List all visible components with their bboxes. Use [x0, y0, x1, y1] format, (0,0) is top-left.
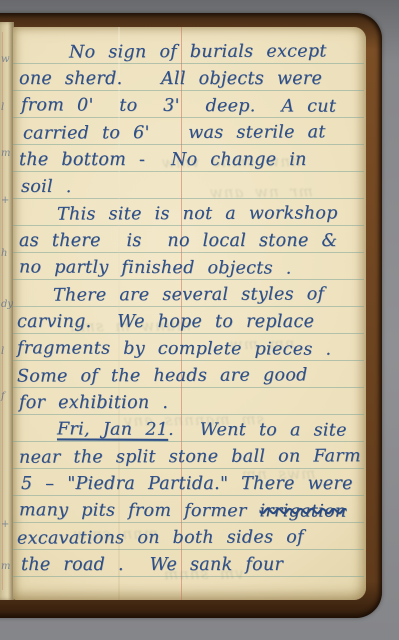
handwritten-text: soil . [21, 177, 72, 197]
handwritten-text: near the split stone ball on Farm [19, 446, 361, 467]
page-edge-mark: + [1, 196, 9, 206]
handwritten-text: as there is no local stone & [19, 231, 337, 251]
handwritten-line: soil . [21, 174, 72, 201]
page-edge-mark: m [1, 149, 10, 159]
handwritten-text: carving. We hope to replace [17, 312, 314, 332]
handwritten-line: There are several styles of [53, 281, 324, 309]
handwritten-line: fragments by complete pieces . [17, 335, 332, 363]
scan-background: wlm+hdylf+m nnw smne vmwmr nw anwmunw m … [0, 0, 399, 640]
strip-margin-line [2, 32, 3, 590]
handwritten-text: There are several styles of [53, 284, 324, 305]
handwritten-text: one sherd. All objects were [19, 69, 322, 89]
struck-out-text: irrigation [259, 501, 346, 521]
handwritten-text: . Went to a site [168, 420, 347, 441]
handwritten-text: carried to 6' was sterile at [23, 122, 326, 143]
ink-bleedthrough: mr nw anw [209, 182, 313, 201]
page-edge-mark: dy [1, 300, 13, 310]
page-edge-strip: wlm+hdylf+m [0, 22, 14, 600]
handwritten-line: as there is no local stone & [19, 228, 337, 255]
handwritten-text: no partly finished objects . [19, 257, 292, 278]
handwritten-line: from 0' to 3' deep. A cut [21, 92, 336, 120]
handwritten-text: excavations on both sides of [17, 527, 304, 548]
handwritten-line: Some of the heads are good [17, 362, 308, 390]
handwritten-line: This site is not a workshop [57, 200, 338, 228]
handwritten-line: No sign of burials except [69, 38, 327, 66]
handwritten-text: 5 – "Piedra Partida." There were [21, 474, 353, 494]
handwritten-line: carving. We hope to replace [17, 309, 314, 336]
handwritten-text: This site is not a workshop [57, 203, 338, 224]
page-edge-mark: m [1, 562, 10, 572]
handwritten-text: the bottom - No change in [19, 150, 307, 170]
notebook-page: nnw smne vmwmr nw anwmunw m smnnm mwsm m… [13, 27, 366, 600]
handwritten-line: the road . We sank four [21, 552, 283, 579]
handwritten-line: the bottom - No change in [19, 147, 307, 174]
handwritten-text: from 0' to 3' deep. A cut [21, 95, 336, 116]
page-edge-mark: w [1, 55, 10, 65]
handwritten-line: one sherd. All objects were [19, 66, 322, 93]
page-edge-mark: f [1, 392, 5, 402]
handwritten-text: No sign of burials except [69, 41, 327, 62]
page-edge-mark: + [1, 520, 9, 530]
underlined-text: Fri, Jan 21 [57, 419, 168, 439]
handwritten-text: fragments by complete pieces . [17, 338, 331, 359]
handwritten-line: excavations on both sides of [17, 524, 304, 552]
handwritten-line: Fri, Jan 21. Went to a site [57, 416, 347, 444]
handwritten-line: near the split stone ball on Farm [19, 443, 361, 471]
handwritten-text: many pits from former [19, 500, 260, 521]
handwritten-line: no partly finished objects . [19, 254, 292, 282]
page-edge-mark: h [1, 249, 7, 259]
handwritten-text: for exhibition . [19, 393, 168, 413]
page-edge-mark: l [1, 347, 4, 357]
handwritten-line: carried to 6' was sterile at [23, 119, 326, 147]
handwritten-line: many pits from former irrigation [19, 497, 347, 525]
handwritten-text: the road . We sank four [21, 555, 283, 575]
handwritten-line: 5 – "Piedra Partida." There were [21, 471, 353, 498]
handwritten-line: for exhibition . [19, 390, 168, 417]
handwritten-text: Some of the heads are good [17, 365, 308, 386]
page-edge-mark: l [1, 103, 4, 113]
